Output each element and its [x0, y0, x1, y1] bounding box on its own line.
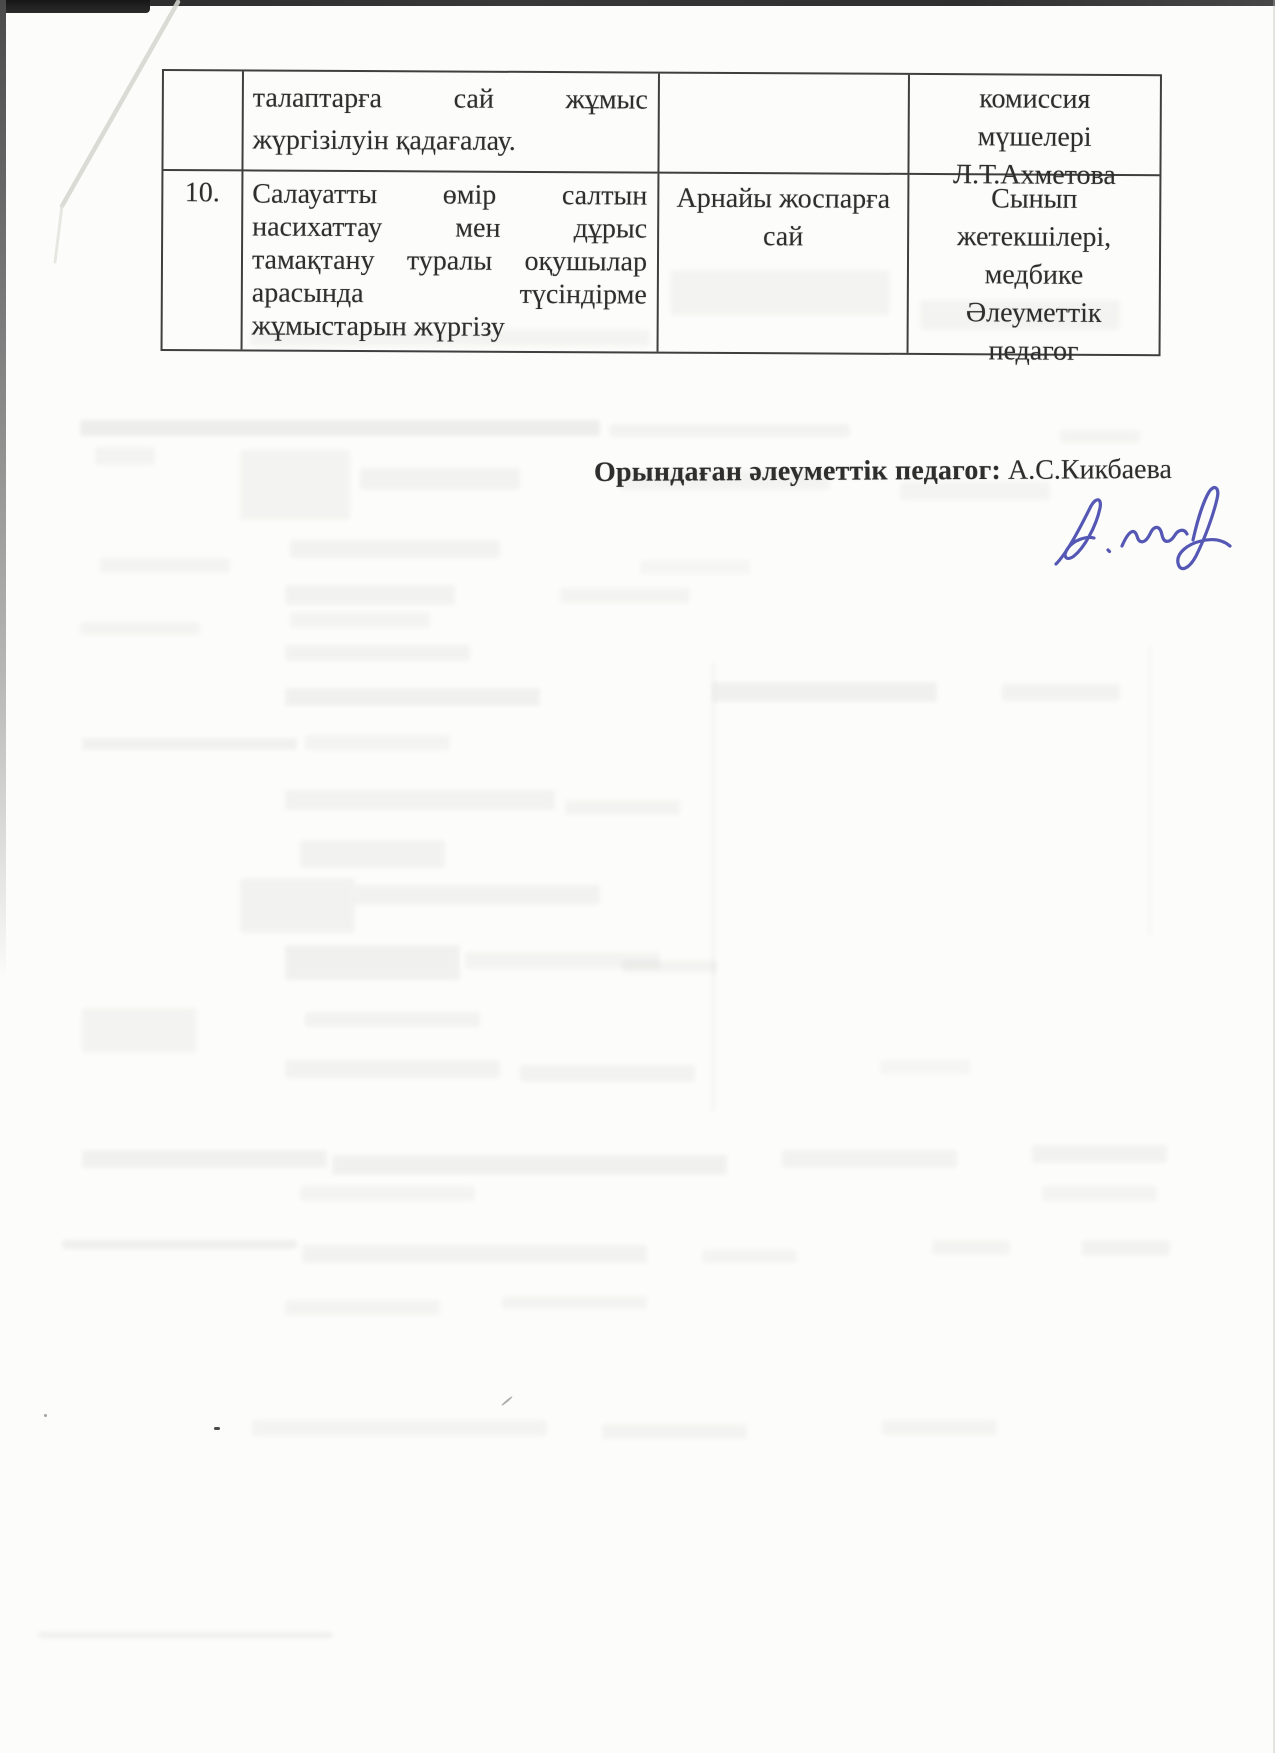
dust-speck — [44, 1414, 47, 1417]
bleed-through-artifact — [782, 1150, 957, 1168]
task-line: насихаттаумендұрыс — [252, 210, 647, 245]
bleed-through-artifact — [560, 588, 690, 603]
bleed-through-artifact — [80, 420, 600, 436]
bleed-through-artifact — [80, 622, 200, 635]
bleed-through-artifact — [355, 885, 600, 905]
bleed-through-artifact — [640, 560, 750, 574]
task-line: тамақтанутуралыоқушылар — [252, 243, 647, 278]
cell-responsible: Сынып жетекшілері, медбике Әлеуметтік пе… — [909, 175, 1160, 354]
cell-task: талаптарғасайжұмыс жүргізілуін қадағалау… — [243, 71, 660, 173]
task-line: талаптарғасайжұмыс — [253, 77, 648, 121]
bleed-through-artifact — [82, 738, 297, 750]
responsible-line: медбике — [909, 256, 1159, 295]
bleed-through-artifact — [1042, 1186, 1157, 1201]
bleed-through-artifact — [1082, 1240, 1170, 1256]
bleed-through-artifact — [502, 1296, 647, 1309]
bleed-through-artifact — [285, 1060, 500, 1078]
bleed-through-artifact — [38, 1632, 333, 1638]
cell-row-number — [163, 71, 244, 171]
responsible-line: педагог — [908, 332, 1158, 371]
bleed-through-artifact — [285, 585, 455, 605]
task-line: жүргізілуін қадағалау. — [253, 119, 648, 163]
bleed-through-artifact — [1002, 684, 1120, 701]
activity-plan-table: талаптарғасайжұмыс жүргізілуін қадағалау… — [161, 69, 1162, 356]
bleed-through-artifact — [290, 540, 500, 558]
bleed-through-artifact — [932, 1240, 1010, 1255]
bleed-through-artifact — [252, 1420, 547, 1436]
bleed-through-artifact — [602, 1424, 747, 1439]
bleed-through-artifact — [702, 1250, 797, 1263]
responsible-line: жетекшілері, — [909, 218, 1159, 257]
bleed-through-artifact — [95, 447, 155, 465]
bleed-through-artifact — [240, 878, 355, 933]
bleed-through-artifact — [360, 468, 520, 490]
responsible-line: мүшелері — [910, 118, 1160, 157]
cell-timing: Арнайы жоспарға сай — [659, 174, 910, 353]
bleed-through-artifact — [300, 1186, 475, 1201]
bleed-through-artifact — [305, 1012, 480, 1027]
bleed-through-artifact — [565, 800, 680, 815]
responsible-line: Сынып — [909, 180, 1159, 219]
task-line: арасындатүсіндірме — [252, 276, 647, 311]
bleed-through-artifact — [1148, 645, 1151, 935]
scanned-page: талаптарғасайжұмыс жүргізілуін қадағалау… — [0, 0, 1275, 1753]
bleed-through-artifact — [285, 790, 555, 810]
timing-line: Арнайы жоспарға — [659, 180, 907, 219]
signature-handwriting — [1038, 472, 1248, 587]
bleed-through-artifact — [520, 1065, 695, 1082]
bleed-through-artifact — [290, 612, 430, 628]
executor-label: Орындаған әлеуметтік педагог: — [594, 455, 1001, 488]
cell-task: Салауаттыөмірсалтын насихаттаумендұрыс т… — [243, 171, 660, 351]
bleed-through-artifact — [712, 682, 937, 702]
bleed-through-artifact — [880, 1060, 970, 1074]
responsible-line: комиссия — [910, 80, 1160, 119]
timing-line: сай — [659, 218, 907, 257]
bleed-through-artifact — [240, 450, 350, 520]
bleed-through-artifact — [62, 1240, 297, 1249]
cell-row-number: 10. — [163, 171, 244, 349]
dust-speck — [214, 1427, 220, 1430]
cell-timing — [659, 74, 910, 175]
cell-responsible: комиссия мүшелері Л.Т.Ахметова — [909, 75, 1160, 176]
bleed-through-artifact — [82, 1150, 327, 1168]
bleed-through-artifact — [1060, 430, 1140, 443]
bleed-through-artifact — [622, 960, 717, 973]
bleed-through-artifact — [610, 424, 850, 437]
bleed-through-artifact — [302, 1245, 647, 1263]
bleed-through-artifact — [300, 840, 445, 868]
bleed-through-artifact — [1032, 1145, 1167, 1163]
bleed-through-artifact — [712, 662, 715, 1112]
bleed-through-artifact — [285, 688, 540, 706]
bleed-through-artifact — [82, 1008, 197, 1053]
task-line: жұмыстарын жүргізу — [252, 309, 647, 344]
bleed-through-artifact — [285, 645, 470, 661]
bleed-through-artifact — [332, 1155, 727, 1175]
responsible-line: Әлеуметтік — [909, 294, 1159, 333]
bleed-through-artifact — [882, 1420, 997, 1435]
task-line: Салауаттыөмірсалтын — [252, 177, 647, 212]
bleed-through-artifact — [285, 1300, 440, 1315]
bleed-through-artifact — [100, 558, 230, 573]
bleed-through-artifact — [285, 945, 460, 980]
bleed-through-artifact — [305, 735, 450, 750]
